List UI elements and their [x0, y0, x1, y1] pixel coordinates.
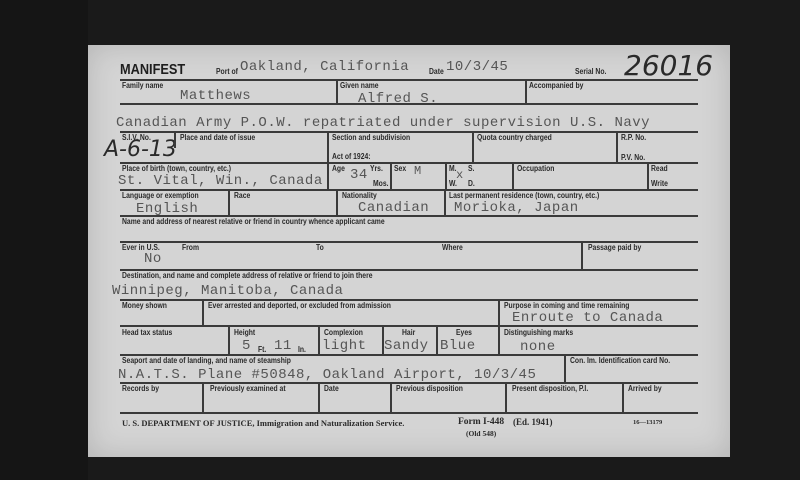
- seaport-value: N.A.T.S. Plane #50848, Oakland Airport, …: [118, 367, 536, 383]
- single-label: S.: [468, 164, 474, 173]
- present-disposition-label: Present disposition, P.I.: [512, 384, 588, 393]
- race-label: Race: [234, 191, 250, 200]
- remarks-text: Canadian Army P.O.W. repatriated under s…: [116, 115, 650, 131]
- footer-edition: (Ed. 1941): [513, 417, 553, 427]
- read-label: Read: [651, 164, 668, 173]
- serial-label: Serial No.: [575, 67, 606, 76]
- siv-value: A-6-13: [104, 137, 177, 162]
- hair-value: Sandy: [384, 338, 429, 354]
- quota-label: Quota country charged: [477, 133, 552, 142]
- form-title: MANIFEST: [120, 61, 185, 78]
- place-issue-label: Place and date of issue: [180, 133, 255, 142]
- previously-examined-label: Previously examined at: [210, 384, 286, 393]
- scan-background-left: [0, 0, 88, 480]
- complexion-label: Complexion: [324, 328, 363, 337]
- sex-label: Sex: [394, 164, 406, 173]
- port-value: Oakland, California: [240, 59, 409, 75]
- to-label: To: [316, 243, 324, 252]
- complexion-value: light: [322, 338, 367, 354]
- where-label: Where: [442, 243, 463, 252]
- section-label: Section and subdivision: [332, 133, 410, 142]
- manifest-card: MANIFEST Port of Oakland, California Dat…: [88, 45, 730, 457]
- family-name-value: Matthews: [180, 88, 251, 104]
- purpose-label: Purpose in coming and time remaining: [504, 301, 629, 310]
- destination-label: Destination, and name and complete addre…: [122, 271, 373, 280]
- pv-label: P.V. No.: [621, 153, 645, 162]
- eyes-value: Blue: [440, 338, 476, 354]
- height-inches-value: 11: [274, 338, 292, 354]
- age-label: Age: [332, 164, 345, 173]
- given-name-label: Given name: [340, 81, 379, 90]
- arrested-label: Ever arrested and deported, or excluded …: [208, 301, 391, 310]
- purpose-value: Enroute to Canada: [512, 310, 663, 326]
- act-label: Act of 1924:: [332, 152, 371, 161]
- records-label: Records by: [122, 384, 159, 393]
- divorced-label: D.: [468, 179, 475, 188]
- rp-label: R.P. No.: [621, 133, 646, 142]
- residence-label: Last permanent residence (town, country,…: [449, 191, 599, 200]
- relative-label: Name and address of nearest relative or …: [122, 217, 385, 226]
- nationality-value: Canadian: [358, 200, 429, 216]
- sex-value: M: [414, 164, 422, 178]
- date-value: 10/3/45: [446, 59, 508, 75]
- footer-form-number: Form I-448: [458, 417, 504, 427]
- birth-value: St. Vital, Win., Canada: [118, 173, 323, 189]
- destination-value: Winnipeg, Manitoba, Canada: [112, 283, 343, 299]
- family-name-label: Family name: [122, 81, 163, 90]
- head-tax-label: Head tax status: [122, 328, 172, 337]
- footer-print-code: 16—13179: [633, 419, 662, 426]
- occupation-label: Occupation: [517, 164, 554, 173]
- inches-label: In.: [298, 345, 306, 354]
- height-feet-value: 5: [242, 338, 251, 354]
- marks-label: Distinguishing marks: [504, 328, 573, 337]
- hair-label: Hair: [402, 328, 415, 337]
- marks-value: none: [520, 339, 556, 355]
- years-label: Yrs.: [370, 164, 383, 173]
- widowed-label: W.: [449, 179, 457, 188]
- serial-value: 26016: [624, 49, 713, 82]
- age-value: 34: [350, 167, 368, 183]
- date-label: Date: [429, 67, 444, 76]
- port-label: Port of: [216, 67, 238, 76]
- feet-label: Ft.: [258, 345, 266, 354]
- marital-mark: x: [456, 168, 464, 182]
- passage-label: Passage paid by: [588, 243, 641, 252]
- id-card-label: Con. Im. Identification card No.: [570, 356, 670, 365]
- accompanied-label: Accompanied by: [529, 81, 583, 90]
- residence-value: Morioka, Japan: [454, 200, 579, 216]
- seaport-label: Seaport and date of landing, and name of…: [122, 356, 291, 365]
- records-date-label: Date: [324, 384, 339, 393]
- money-label: Money shown: [122, 301, 167, 310]
- write-label: Write: [651, 179, 668, 188]
- months-label: Mos.: [373, 179, 388, 188]
- language-label: Language or exemption: [122, 191, 199, 200]
- previous-disposition-label: Previous disposition: [396, 384, 463, 393]
- nationality-label: Nationality: [342, 191, 377, 200]
- from-label: From: [182, 243, 199, 252]
- ever-value: No: [144, 251, 162, 267]
- birth-label: Place of birth (town, country, etc.): [122, 164, 231, 173]
- arrived-by-label: Arrived by: [628, 384, 662, 393]
- footer-old-number: (Old 548): [466, 429, 496, 438]
- eyes-label: Eyes: [456, 328, 472, 337]
- height-label: Height: [234, 328, 255, 337]
- footer-agency: U. S. DEPARTMENT OF JUSTICE, Immigration…: [122, 418, 404, 428]
